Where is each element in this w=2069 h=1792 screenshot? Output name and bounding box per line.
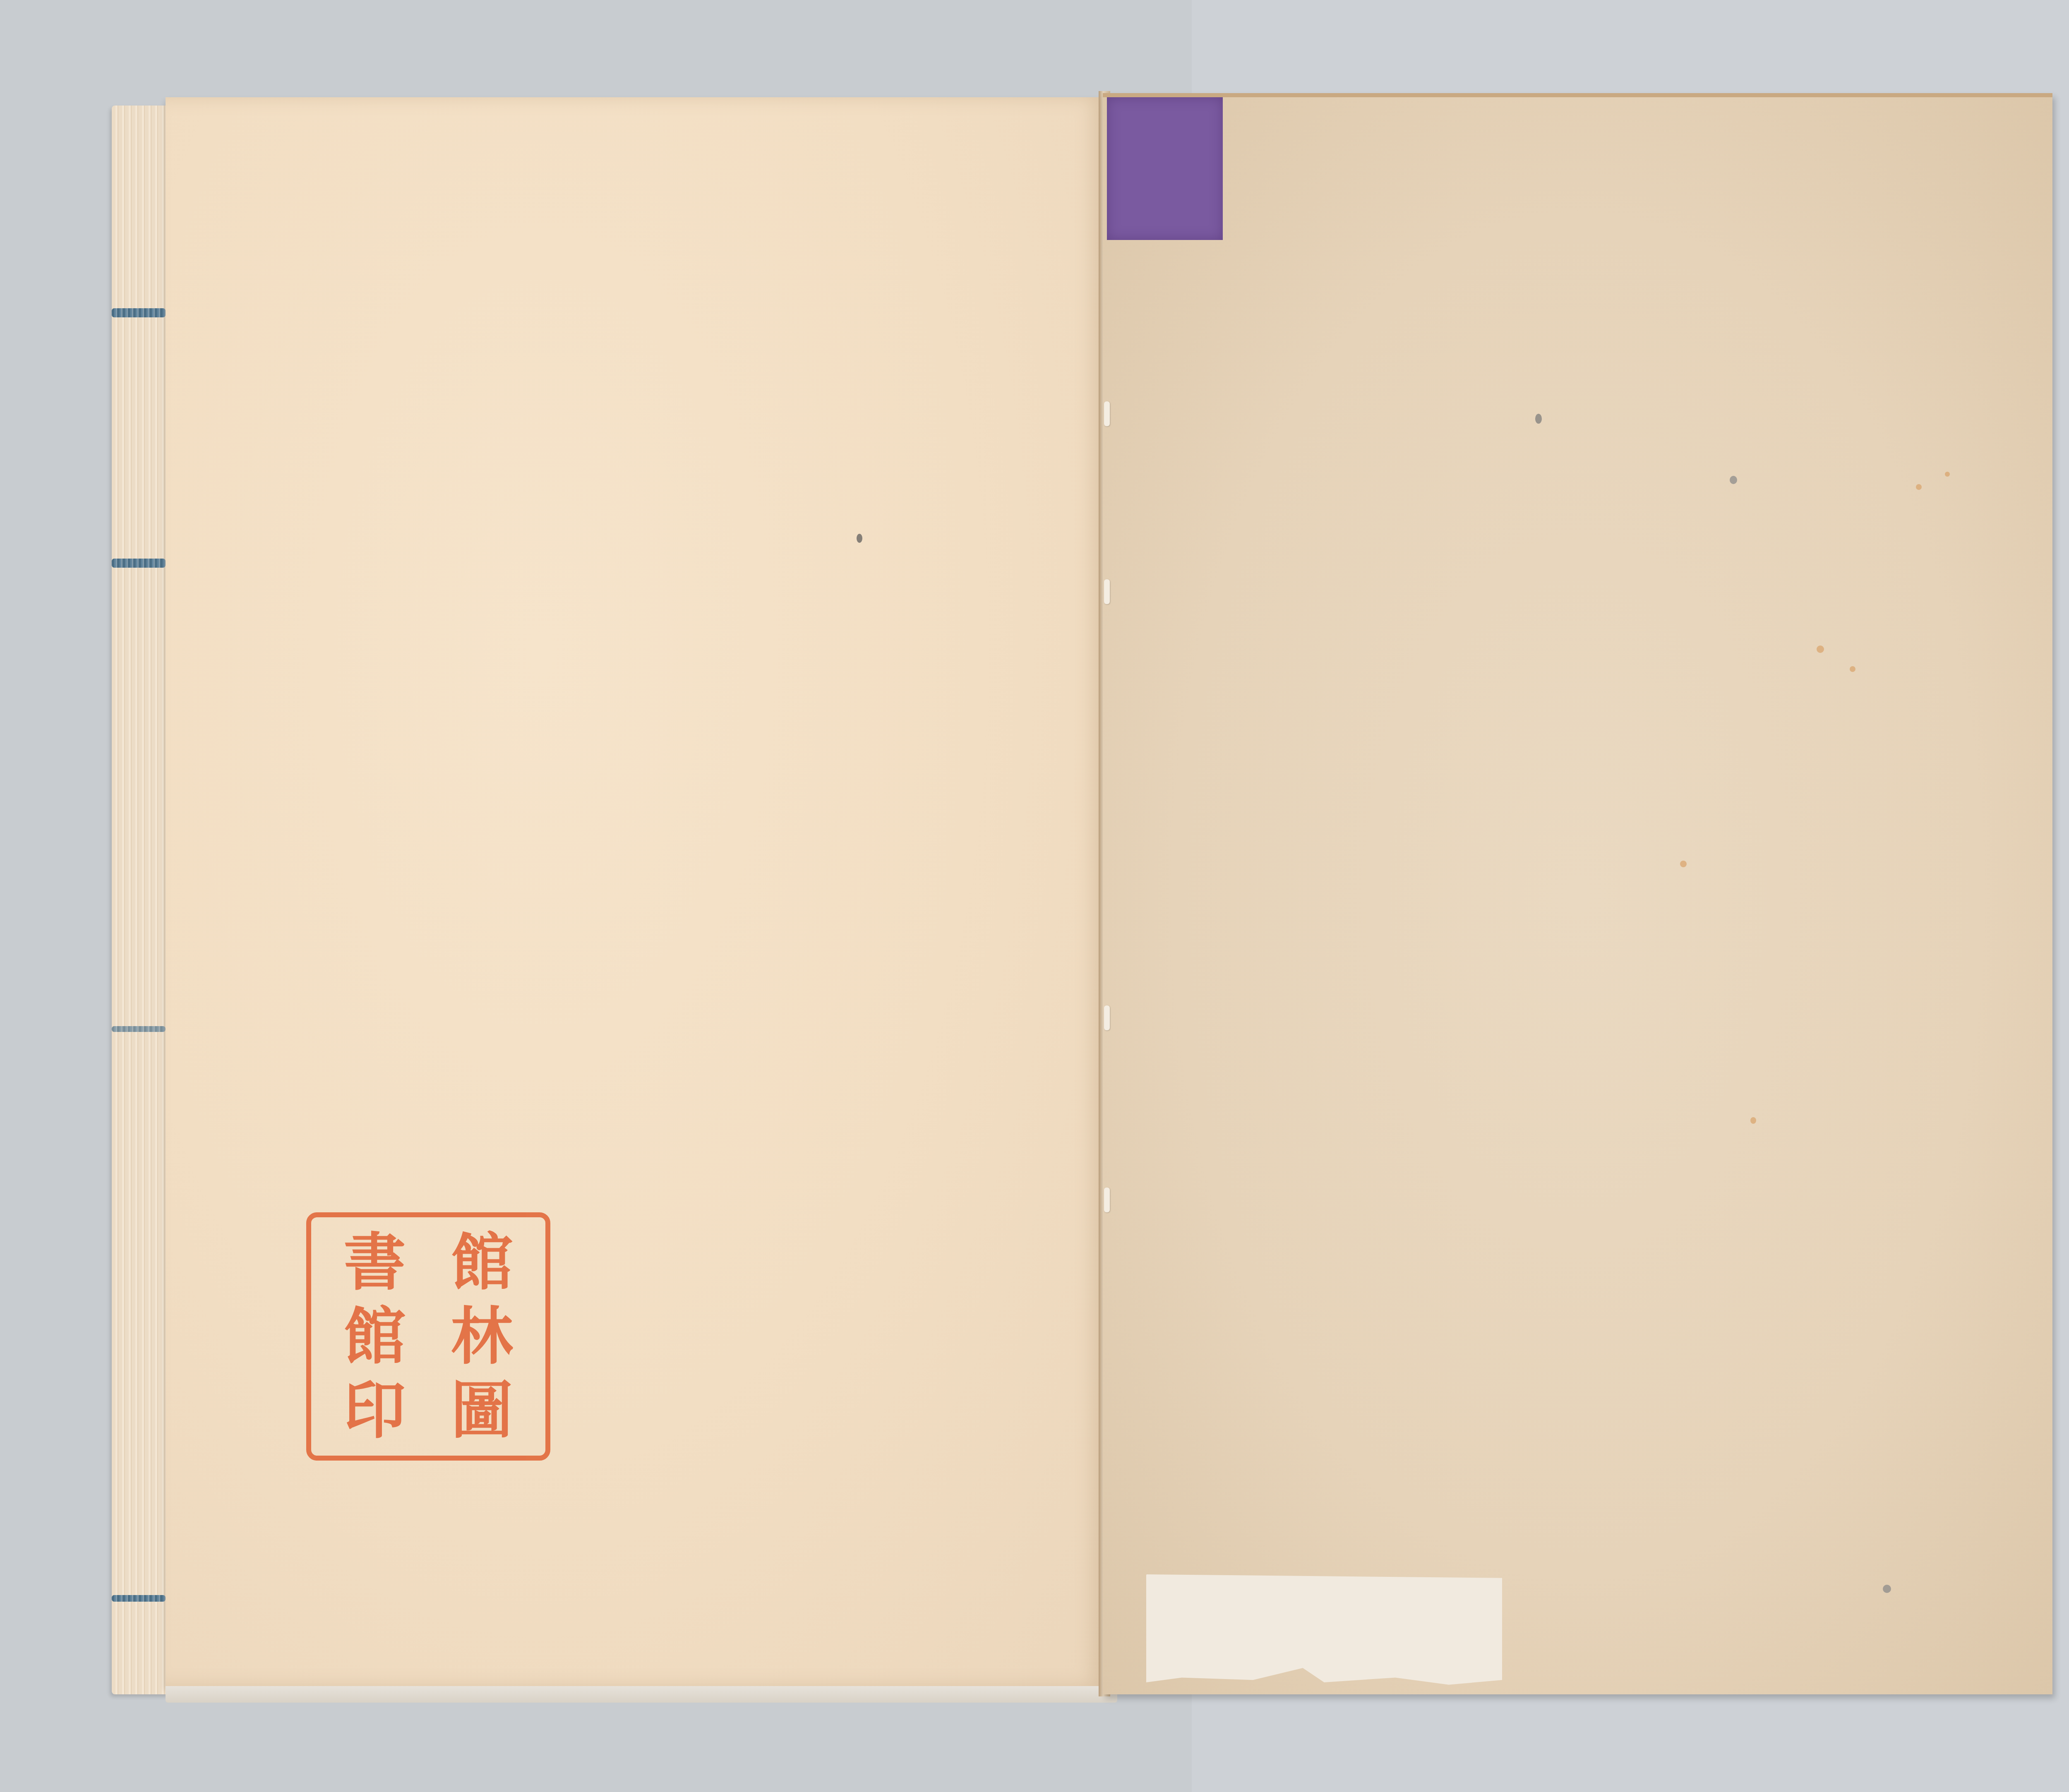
right-page <box>1103 93 2052 1694</box>
seal-char-left-2: 館 <box>321 1300 428 1374</box>
stitch-3 <box>1104 1005 1110 1030</box>
blank-paper-label <box>1146 1574 1502 1694</box>
seal-full-text: 館林圖書館印 <box>0 0 0 0</box>
binding-thread-1 <box>112 308 166 317</box>
paper-speck <box>1535 414 1542 424</box>
foxing-spot <box>1750 1117 1756 1124</box>
purple-tab <box>1107 97 1223 240</box>
seal-char-left-3: 印 <box>321 1373 428 1447</box>
left-page-bottom-edge <box>166 1686 1117 1703</box>
paper-speck <box>1883 1585 1891 1593</box>
foxing-spot <box>1916 484 1922 490</box>
foxing-spot <box>1680 861 1687 867</box>
paper-speck <box>1730 476 1737 484</box>
library-seal: 書 館 館 林 印 圖 <box>306 1212 550 1461</box>
stitch-2 <box>1104 579 1110 604</box>
foxing-spot <box>1945 472 1950 477</box>
paper-speck <box>857 534 862 543</box>
seal-char-right-2: 林 <box>428 1300 535 1374</box>
page-edges <box>112 106 170 1694</box>
foxing-spot <box>1850 666 1855 672</box>
stitch-4 <box>1104 1187 1110 1212</box>
binding-thread-2 <box>112 559 166 568</box>
left-page-block <box>112 97 1105 1703</box>
seal-char-right-1: 館 <box>428 1226 535 1300</box>
stitch-1 <box>1104 401 1110 426</box>
seal-char-left-1: 書 <box>321 1226 428 1300</box>
binding-thread-4 <box>112 1595 166 1602</box>
seal-char-right-3: 圖 <box>428 1373 535 1447</box>
foxing-spot <box>1817 645 1824 653</box>
binding-thread-3 <box>112 1026 166 1032</box>
